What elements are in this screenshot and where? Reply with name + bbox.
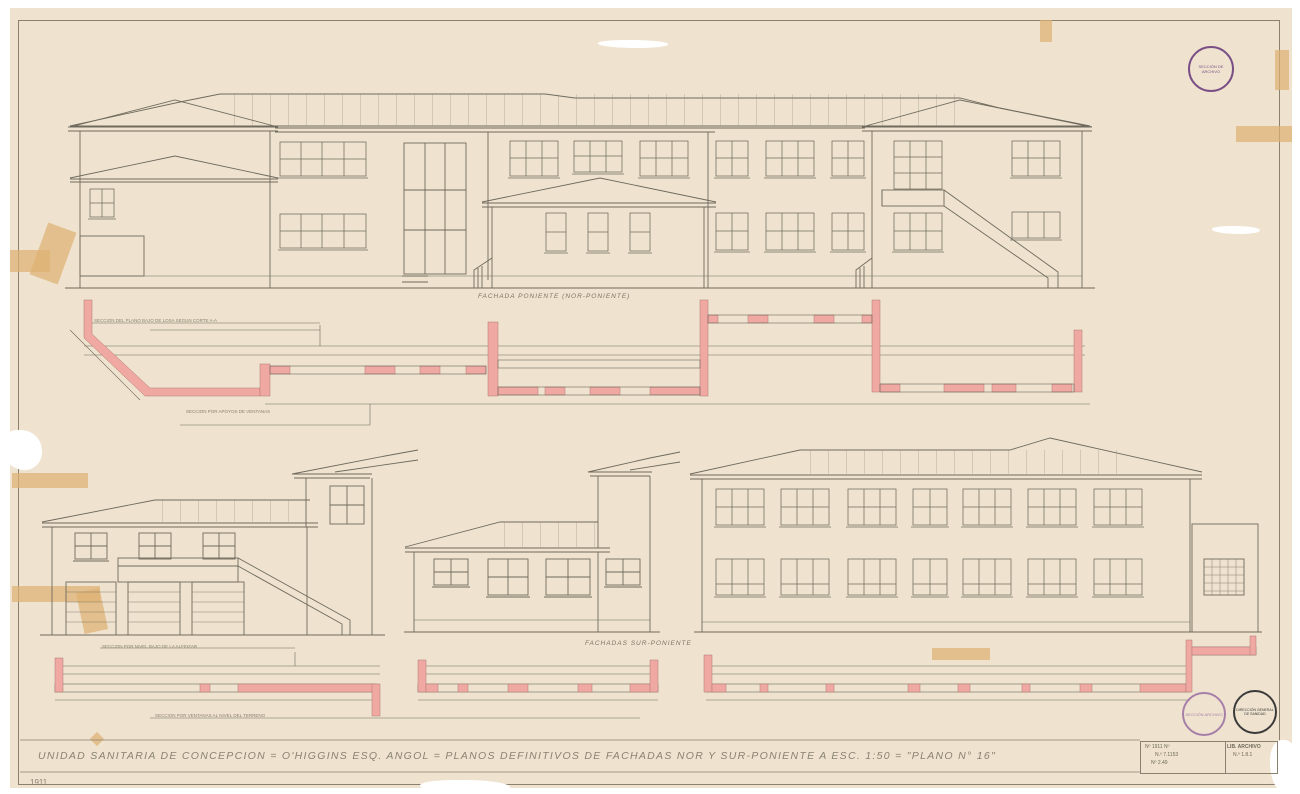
stamp-text: SECCIÓN ARCHIVO [1185,712,1222,717]
wall-fill-upper [84,300,1082,396]
title-block: Nº 1911 Nº N.º 7.1153 Nº 2.49 LIB. ARCHI… [1140,741,1278,774]
elevation-label-south-west: FACHADAS SUR-PONIENTE [585,640,692,647]
section-note: SECCION POR VENTANAS AL NIVEL DEL TERREN… [155,713,265,718]
elevation-north-west [65,94,1095,288]
stamp-text: DIRECCIÓN GENERAL DE SANIDAD [1235,708,1275,716]
elevation-south-west [40,438,1262,635]
title-block-line: N.º 7.1153 [1155,752,1178,758]
archive-stamp-top: SECCIÓN DE ARCHIVO [1188,46,1234,92]
section-note: SECCION POR NIVEL BAJO DE LA ALFEIZAR [102,644,197,649]
section-note: SECCION POR APOYOS DE VENTANAS [186,409,270,414]
sheet-number: 1911 [30,778,47,787]
sanidad-stamp: DIRECCIÓN GENERAL DE SANIDAD [1233,690,1277,734]
title-block-archive: LIB. ARCHIVO [1227,744,1261,750]
stamp-text: SECCIÓN DE ARCHIVO [1190,64,1232,74]
title-block-line: Nº 2.49 [1151,760,1168,766]
archive-stamp-purple: SECCIÓN ARCHIVO [1182,692,1226,736]
elevation-label-north-west: FACHADA PONIENTE (NOR-PONIENTE) [478,293,630,300]
title-block-divider [1225,742,1226,773]
drawing-title: UNIDAD SANITARIA DE CONCEPCION = O'HIGGI… [38,750,996,762]
title-block-ref: N.º 1.8.1 [1233,752,1252,758]
title-block-line: Nº 1911 Nº [1145,744,1169,750]
drawing-canvas [0,0,1300,794]
section-note: SECCION DEL PLANO BAJO DE LOSA SEGUN COR… [94,318,217,323]
